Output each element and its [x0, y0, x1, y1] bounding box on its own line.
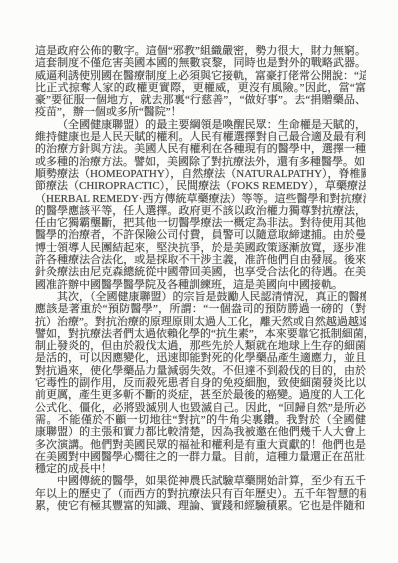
text-line: 在美國對中國醫學心嚮往之的一群力量。目前，這種力量還正在茁壯、: [35, 451, 366, 463]
text-line: 比正式掠奪人家的政權更實際，更權威，更沒有風險。”因此，當“富: [35, 82, 366, 94]
text-line: 康聯盟）的主張和實力都比較清楚，因為我被邀在他們幾千人大會上: [35, 426, 366, 438]
text-block: 這是政府公佈的數字。這個“邪教”組織嚴密，勢力很大，財力無窮。這套制度不僅危害美…: [35, 45, 366, 512]
text-line: 對抗過來，使化學藥品力量減弱失效。不但達不到殺伐的目的，由於: [35, 365, 366, 377]
text-line: 節療法（CHIROPRACTIC），民間療法（FOKS REMEDY），草藥療法: [35, 180, 366, 192]
text-line: 豪”要征服一個地方，就去那裏“行慈善”，“做好事”。去“捐贈藥品、: [35, 94, 366, 106]
text-line: 這套制度不僅危害美國本國的無數哀黎，同時也是對外的戰略武器。: [35, 57, 366, 69]
text-line: 前更厲，產生更多斬不斷的炎症，甚至於最後的癌變。過度的人工化，: [35, 389, 366, 401]
text-line: 這是政府公佈的數字。這個“邪教”組織嚴密，勢力很大，財力無窮。: [35, 45, 366, 57]
text-line: 年以上的歷史了（而西方的對抗療法只有百年歷史）。五千年智慧的積: [35, 488, 366, 500]
text-line: 國准許辦中國醫學醫學院及各種訓練班，這是美國向中國接軌。: [35, 279, 366, 291]
text-line: 的醫學應該平等，任人選擇。政府更不該以政治權力獨尊對抗療法，: [35, 205, 366, 217]
text-line: 多次演講。他們對美國民眾的福祉和權利是有重大貢獻的！他們也是: [35, 439, 366, 451]
text-line: 維持健康也是人民天賦的權利。人民有權選擇對自己最合適及最有利: [35, 131, 366, 143]
text-line: 它毒性的副作用，反而殺死患者自身的免疫細胞，致使細菌發炎比以: [35, 377, 366, 389]
text-line: 針灸療法由尼克森總統從中國帶回美國，也享受合法化的待遇。在美: [35, 266, 366, 278]
text-line: 或多種的治療方法。譬如，美國除了對抗療法外，還有多種醫學。如：: [35, 156, 366, 168]
text-line: 譬如，對抗療法者們太過依賴化學的“抗生素”，本來要靠它抵制細菌，: [35, 328, 366, 340]
text-line: 醫學的治療者，不許保險公司付費，員警可以隨意取締逮捕。由於曼: [35, 229, 366, 241]
text-line: 制止發炎的，但由於殺伐太過，那些先於人類就在地球上生存的細菌: [35, 340, 366, 352]
text-line: 需。不能僅於不顧一切地往“對抗”的牛角尖裏鑽。我對於（全國健: [35, 414, 366, 426]
paragraph: （全國健康聯盟）的最主要綱領是喚醒民眾：生命權是天賦的，維持健康也是人民天賦的權…: [35, 119, 366, 291]
scanned-page: 這是政府公佈的數字。這個“邪教”組織嚴密，勢力很大，財力無窮。這套制度不僅危害美…: [0, 0, 398, 563]
text-line: 許各種療法合法化，或是採取不干涉主義，准許他們自由發展。後來: [35, 254, 366, 266]
text-line: 威逼利誘使別國在醫療制度上必須與它接軌，富豪打佬常公開說：“這: [35, 70, 366, 82]
paragraph: 中國傳統的醫學，如果從神農氏試驗草藥開始計算，至少有五千年以上的歷史了（而西方的…: [35, 475, 366, 512]
text-line: 其次，（全國健康聯盟）的宗旨是鼓勵人民認清情況，真正的醫療: [35, 291, 366, 303]
text-line: 穩定的成長中！: [35, 463, 366, 475]
text-line: 博士領導人民團結起來，堅決抗爭，於是美國政策逐漸放寬，逐步准: [35, 242, 366, 254]
text-line: 抗）治療”。對抗治療的原理原則太過人工化，離天然或自然越過越遠。: [35, 316, 366, 328]
text-line: （HERBAL REMEDY·西方傳統草藥療法）等等。這些醫學和對抗療法: [35, 193, 366, 205]
text-line: （全國健康聯盟）的最主要綱領是喚醒民眾：生命權是天賦的，: [35, 119, 366, 131]
paragraph: 其次，（全國健康聯盟）的宗旨是鼓勵人民認清情況，真正的醫療應該是著重於“預防醫學…: [35, 291, 366, 475]
text-line: 是活的，可以因應變化，迅速即能對死的化學藥品產生適應力，並且: [35, 352, 366, 364]
text-line: 順勢療法（HOMEOPATHY），自然療法（NATURALPATHY），脊椎關: [35, 168, 366, 180]
text-line: 的治療方針與方法。美國人民有權利在各種現有的醫學中，選擇一種: [35, 143, 366, 155]
text-line: 疫苗”，辦一個或多所“醫院”！: [35, 106, 366, 118]
text-line: 公式化、僵化，必將毀滅別人也毀滅自己。因此，“回歸自然”是所必: [35, 402, 366, 414]
text-line: 任由它獨霸壟斷，把其他一切醫學療法一概定為非法。對待使用其他: [35, 217, 366, 229]
paragraph: 這是政府公佈的數字。這個“邪教”組織嚴密，勢力很大，財力無窮。這套制度不僅危害美…: [35, 45, 366, 119]
text-line: 中國傳統的醫學，如果從神農氏試驗草藥開始計算，至少有五千: [35, 475, 366, 487]
text-line: 應該是著重於“預防醫學”，所謂：“一個盎司的預防勝過一磅的（對: [35, 303, 366, 315]
text-line: 累，使它有極其豐富的知識、理論、實踐和經驗積累。它也是伴隨和: [35, 500, 366, 512]
